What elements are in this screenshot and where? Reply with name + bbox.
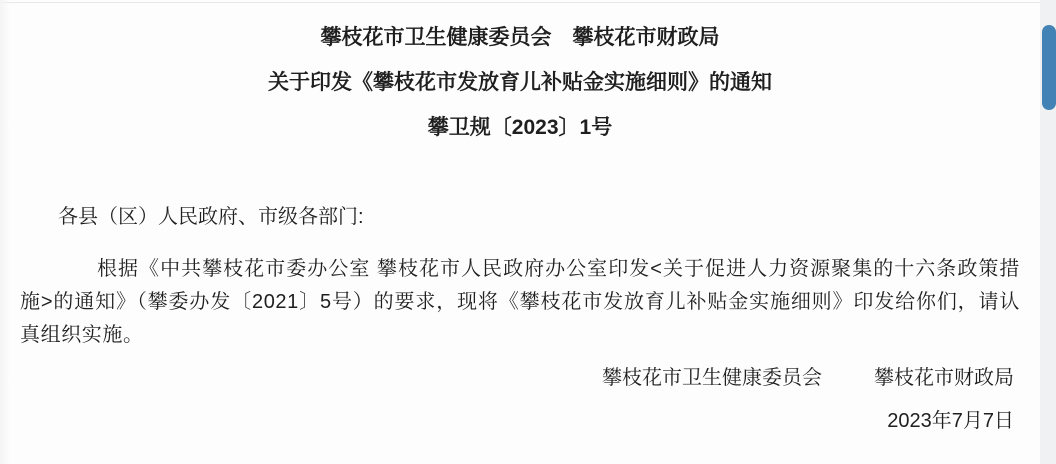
scrollbar-track[interactable] <box>1040 0 1056 464</box>
salutation: 各县（区）人民政府、市级各部门: <box>20 205 1020 229</box>
body-paragraph: 根据《中共攀枝花市委办公室 攀枝花市人民政府办公室印发<关于促进人力资源聚集的十… <box>20 253 1020 352</box>
scrollbar-thumb[interactable] <box>1042 25 1056 110</box>
notice-title: 关于印发《攀枝花市发放育儿补贴金实施细则》的通知 <box>20 71 1020 95</box>
signature-row: 攀枝花市卫生健康委员会 攀枝花市财政局 <box>20 366 1020 390</box>
document-page: { "page": { "background": "#fdfdfd", "te… <box>0 0 1056 464</box>
doc-number: 攀卫规〔2023〕1号 <box>20 116 1020 140</box>
notice-document: 攀枝花市卫生健康委员会 攀枝花市财政局 关于印发《攀枝花市发放育儿补贴金实施细则… <box>0 0 1040 433</box>
header-agencies: 攀枝花市卫生健康委员会 攀枝花市财政局 <box>20 26 1020 50</box>
signature-agency-secondary: 攀枝花市财政局 <box>874 366 1014 390</box>
signature-agency-primary: 攀枝花市卫生健康委员会 <box>602 366 822 390</box>
signature-date: 2023年7月7日 <box>20 409 1020 433</box>
